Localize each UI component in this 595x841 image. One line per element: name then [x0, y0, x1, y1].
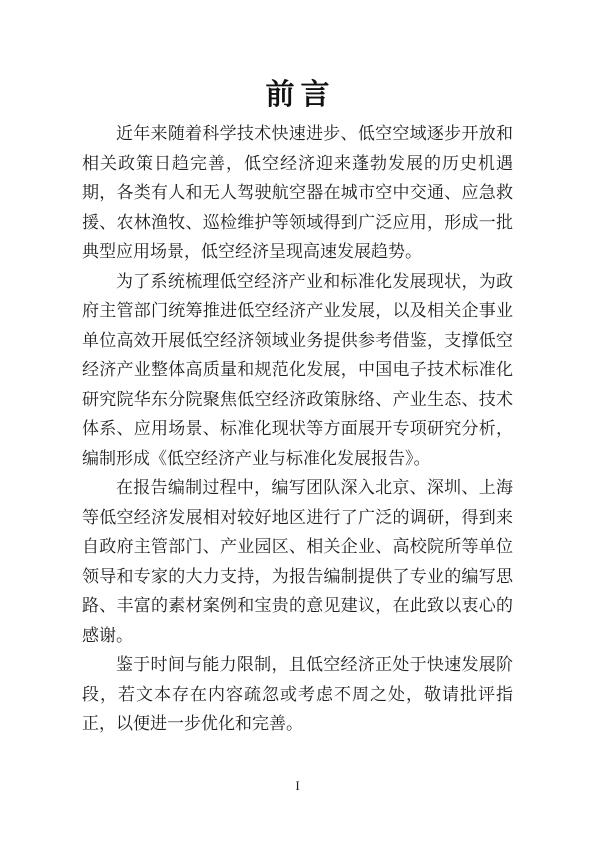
paragraph-2: 为了系统梳理低空经济产业和标准化发展现状，为政府主管部门统筹推进低空经济产业发展…: [82, 267, 513, 474]
page-number: I: [0, 779, 595, 792]
document-body: 近年来随着科学技术快速进步、低空空域逐步开放和相关政策日趋完善，低空经济迎来蓬勃…: [82, 119, 513, 739]
paragraph-4: 鉴于时间与能力限制，且低空经济正处于快速发展阶段，若文本存在内容疏忽或考虑不周之…: [82, 650, 513, 739]
document-page: 前言 近年来随着科学技术快速进步、低空空域逐步开放和相关政策日趋完善，低空经济迎…: [0, 0, 595, 841]
page-title: 前言: [0, 0, 595, 109]
paragraph-1: 近年来随着科学技术快速进步、低空空域逐步开放和相关政策日趋完善，低空经济迎来蓬勃…: [82, 119, 513, 267]
paragraph-3: 在报告编制过程中，编写团队深入北京、深圳、上海等低空经济发展相对较好地区进行了广…: [82, 473, 513, 650]
